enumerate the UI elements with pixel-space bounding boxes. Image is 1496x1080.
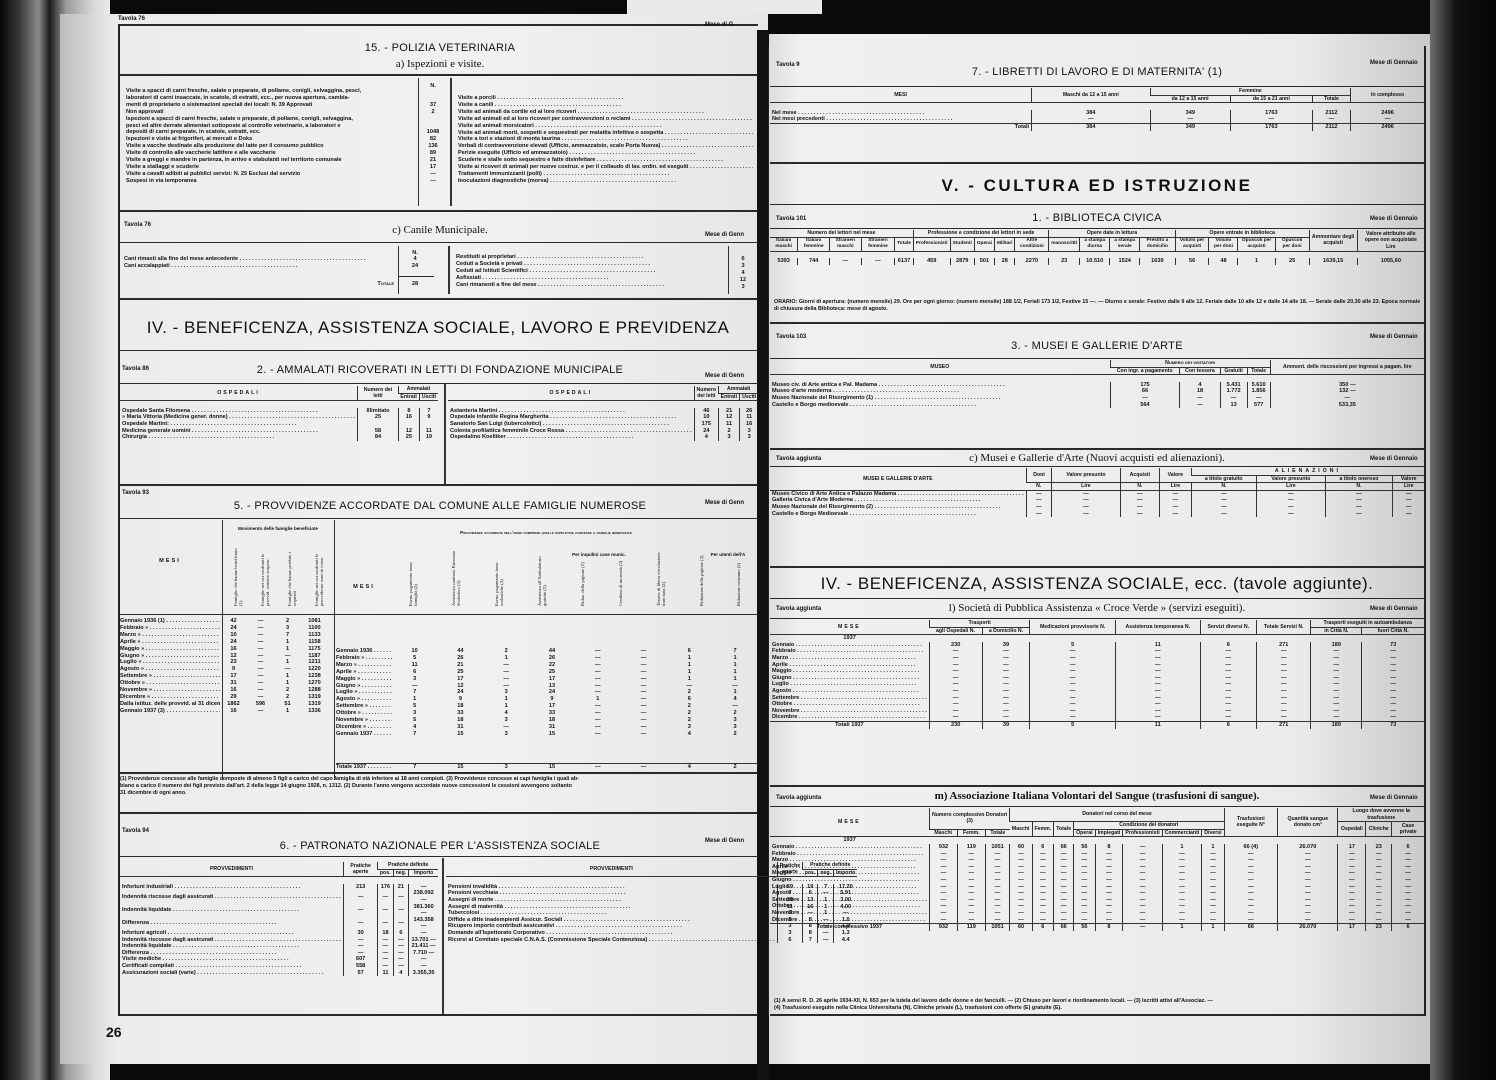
value: 2 <box>274 687 301 694</box>
col-header: Maschi <box>929 829 957 837</box>
value: 25 <box>398 434 419 441</box>
value: 2112 <box>1312 123 1351 130</box>
spacer-cell <box>446 877 777 884</box>
col-header: Italiani femmine <box>798 237 830 251</box>
col-header: Prestito a domicilio <box>1140 237 1176 251</box>
value: 175 <box>694 421 719 428</box>
value: 6 <box>666 696 712 703</box>
value: — <box>1030 708 1116 715</box>
col-header: Studenti <box>950 237 974 251</box>
value: — <box>818 930 834 937</box>
value: — <box>1362 695 1424 702</box>
value: — <box>621 676 667 683</box>
vet-item: Visite a stallaggi e scuderie <box>126 164 416 171</box>
value: — <box>1311 668 1362 675</box>
month: Dicembre » <box>336 724 392 731</box>
value: — <box>929 877 957 884</box>
table-row: Luglio »724324——21 <box>336 689 758 696</box>
table-row: Marzo———————————————— <box>770 857 1424 864</box>
unit: Lire <box>1257 483 1325 491</box>
month: Gennaio <box>770 844 929 851</box>
value: 31 <box>529 724 575 731</box>
value: 56 <box>1074 844 1095 851</box>
value: — <box>1257 511 1325 518</box>
provvidenze-col-header: Riduz. della pigione (2) <box>580 548 585 606</box>
value: — <box>929 708 982 715</box>
value: 1 <box>575 696 621 703</box>
col-header: Totale <box>985 829 1010 837</box>
value: 1051 <box>985 844 1010 851</box>
month: Aprile <box>770 864 929 871</box>
croce-verde-title: l) Società di Pubblica Assistenza « Croc… <box>770 602 1424 614</box>
col-header: Volumi per doni <box>1209 237 1238 251</box>
table-row: Dicembre———————————————— <box>770 917 1424 924</box>
value: — <box>621 655 667 662</box>
value: — <box>621 717 667 724</box>
table-row: Maggio »317—17——11 <box>336 676 758 683</box>
value: 6 <box>1200 642 1257 649</box>
value: — <box>1123 917 1162 924</box>
header-row: OSPEDALINumero dei lettiAmmalati <box>120 386 438 393</box>
value: — <box>1202 897 1224 904</box>
value: — <box>1278 890 1338 897</box>
table-row: Gennaio 1937715315——42 <box>336 731 758 738</box>
col-femmine-sub: Totale <box>1312 95 1351 103</box>
value: — <box>274 653 301 660</box>
table-row: Museo Nazionale del Risorgimento (2)————… <box>770 504 1424 511</box>
table-row: Gennaio932119105160666568—1166 (4)26.070… <box>770 844 1424 851</box>
col-header: Operai <box>1074 829 1095 837</box>
value: — <box>1052 511 1120 518</box>
table-row: 5393744——613745928795012822702310.510152… <box>770 258 1424 265</box>
provvedimento-name: Tubercolosi <box>446 910 777 917</box>
month: Maggio » <box>336 676 392 683</box>
value: — <box>1312 116 1351 123</box>
museum-name: Galleria Civica d'Arte Moderna <box>770 497 1026 504</box>
value: — <box>1362 708 1424 715</box>
value: — <box>1032 870 1054 877</box>
value: 18 <box>529 717 575 724</box>
table-row: Giugno———————————————— <box>770 877 1424 884</box>
value: 12 <box>398 428 419 435</box>
value: — <box>1054 857 1074 864</box>
col-entrati: Entrati <box>398 393 419 401</box>
value: 25 <box>529 669 575 676</box>
col-header: Valore presunto <box>1052 468 1120 483</box>
table-row: Febbraio »526126——11 <box>336 655 758 662</box>
value: 8 <box>803 930 818 937</box>
footnote: (1) Provvidenze concesse alle famiglie c… <box>120 776 756 783</box>
value: — <box>985 910 1010 917</box>
value: — <box>1224 857 1278 864</box>
col-trasporti: Trasporti <box>929 620 1030 627</box>
value: 2496 <box>1351 110 1424 117</box>
col-visitatori: Numero dei visitatori <box>1110 360 1270 367</box>
value: — <box>378 917 393 930</box>
value: — <box>1030 648 1116 655</box>
value: — <box>1257 708 1311 715</box>
value: — <box>575 648 621 655</box>
value: 271 <box>1257 642 1311 649</box>
value: 2 <box>666 710 712 717</box>
value: — <box>1115 675 1200 682</box>
value: 11 <box>378 970 393 977</box>
value: 31 <box>220 680 247 687</box>
table-row: Colonia profilattica femminile Croce Ros… <box>448 428 758 435</box>
value: 1133 <box>301 632 328 639</box>
value: 1 <box>274 646 301 653</box>
table-row: Gennaio23039511627118973 <box>770 642 1424 649</box>
value: — <box>1338 870 1366 877</box>
col-complesso: In complesso <box>1351 88 1424 103</box>
value: — <box>343 937 378 944</box>
mese-label: Mese di G <box>705 22 1492 28</box>
value: — <box>247 673 274 680</box>
value: 10 <box>392 648 438 655</box>
table-row: Ottobre »333433——22 <box>336 710 758 717</box>
value: — <box>378 943 393 950</box>
total-label: Totali <box>770 123 1032 130</box>
col-ammalati: Ammalati <box>719 386 759 393</box>
value: — <box>1054 851 1074 858</box>
value: — <box>1162 890 1202 897</box>
value: — <box>1278 877 1338 884</box>
value: — <box>1325 511 1393 518</box>
table-row: Maggio———————————————— <box>770 870 1424 877</box>
value: 5 <box>392 703 438 710</box>
value: — <box>1052 504 1120 511</box>
value: — <box>1162 910 1202 917</box>
table-row: Settembre »17—11238 <box>120 673 330 680</box>
provvidenze-col-header: Riduzione consumo (2) <box>736 548 741 606</box>
value: — <box>575 689 621 696</box>
value: — <box>1278 864 1338 871</box>
table-row: Ricorsi al Comitato speciale C.N.A.S. (C… <box>446 937 857 944</box>
value <box>398 421 419 428</box>
provvedimento-name: Infortuni agricoli <box>120 930 343 937</box>
value: — <box>929 864 957 871</box>
vet-left-list: Visite a spacci di carni fresche, salate… <box>126 88 416 185</box>
value: — <box>1393 504 1424 511</box>
value: — <box>1257 655 1311 662</box>
value: — <box>982 662 1030 669</box>
unit: Lire <box>1160 483 1192 491</box>
value: — <box>1202 884 1224 891</box>
value: — <box>1120 511 1159 518</box>
value: — <box>1115 681 1200 688</box>
table-row: Settembre———————————————— <box>770 897 1424 904</box>
value: 15 <box>438 764 484 771</box>
value: — <box>1311 681 1362 688</box>
col-quantita: Quantità sangue donato cm³ <box>1278 808 1338 837</box>
value: 1 <box>1162 844 1202 851</box>
value: — <box>1392 851 1424 858</box>
value: — <box>1030 668 1116 675</box>
value: — <box>1115 701 1200 708</box>
col-musei: MUSEI E GALLERIE D'ARTE <box>770 468 1026 490</box>
value: 3 <box>392 710 438 717</box>
value: — <box>1032 116 1150 123</box>
value: 1524 <box>1110 258 1140 265</box>
table-row: Marzo »1121—22——11 <box>336 662 758 669</box>
value: — <box>1095 851 1123 858</box>
value: — <box>1095 857 1123 864</box>
value: — <box>957 851 985 858</box>
col-header: Opuscoli per acquisti <box>1238 237 1275 251</box>
value: 132 — <box>1270 388 1424 395</box>
value: — <box>1032 857 1054 864</box>
value: 44 <box>438 648 484 655</box>
value: — <box>1202 917 1224 924</box>
value: — <box>1010 910 1032 917</box>
table-row: Medicina generale uomini581211 <box>120 428 438 435</box>
value: 11 <box>419 428 438 435</box>
value: 1862 <box>220 701 247 708</box>
canile-value: 4 <box>728 270 758 277</box>
total-row: Totali 193723039511627118973 <box>770 721 1424 728</box>
value: 1639 <box>1140 258 1176 265</box>
col-pos: pos. <box>378 869 393 877</box>
value: 5 <box>392 655 438 662</box>
value: 2270 <box>1015 258 1049 265</box>
value: — <box>343 890 378 903</box>
value: — <box>1123 857 1162 864</box>
value: — <box>247 646 274 653</box>
value: — <box>483 676 529 683</box>
provvedimento-name: Pensioni invalidità <box>446 884 777 891</box>
table-row: Nei mesi precedenti————— <box>770 116 1424 123</box>
value: 1055,60 <box>1357 258 1424 265</box>
value: — <box>483 662 529 669</box>
value: — <box>982 655 1030 662</box>
ammalati-right-table: OSPEDALINumero dei lettiAmmalatiEntratiU… <box>448 386 758 441</box>
value: — <box>985 857 1010 864</box>
value: — <box>1030 701 1116 708</box>
value: — <box>1392 870 1424 877</box>
month: Ottobre » <box>336 710 392 717</box>
value: — <box>1123 924 1162 931</box>
value: — <box>1338 857 1366 864</box>
value: 6 <box>777 937 802 944</box>
month: Gennaio 1936 (1) <box>120 618 220 625</box>
table-row: Aprile »625—25——11 <box>336 669 758 676</box>
provvidenze-col-header: Assistenza sanitaria Patronato Scolastic… <box>451 548 461 606</box>
value: 16 <box>398 414 419 421</box>
vet-value: — <box>418 178 448 185</box>
value: 5 <box>1030 721 1116 728</box>
table-row: Domande all'Ispettorato Corporativo38—1.… <box>446 930 857 937</box>
table-row: Certificati compilati558——— <box>120 963 438 970</box>
value: — <box>1095 870 1123 877</box>
right-edge-shadow <box>1430 0 1496 1080</box>
col-header: Totale <box>1054 822 1074 837</box>
group-header: Numero dei lettori nel mese <box>770 230 913 237</box>
provvidenze-group-label: Provvidenze accordate nell'anno comprese… <box>336 530 756 537</box>
value: — <box>1030 655 1116 662</box>
value: 56 <box>1074 924 1095 931</box>
canile-item: Restituiti ai proprietari <box>456 254 726 261</box>
col-importo: Importo <box>409 869 438 877</box>
value: 1081 <box>301 618 328 625</box>
value: 577 <box>1247 402 1270 409</box>
month: Febbraio » <box>336 655 392 662</box>
header-row: MESETrasportiMedicazioni provvisorie N.A… <box>770 620 1424 627</box>
value: — <box>1123 851 1162 858</box>
value: 1175 <box>301 646 328 653</box>
vet-item: Ispezioni e visite ai frigoriferi, ai me… <box>126 136 416 143</box>
musei-mese: Mese di Gennaio <box>1370 334 1418 340</box>
provvedimento-name: Assegni di morte <box>446 897 777 904</box>
hospital-name: Ospedale Martini: <box>120 421 358 428</box>
col-header: Totale <box>1247 367 1270 375</box>
col-header: a titolo oneroso <box>1325 475 1393 483</box>
value: 6 <box>1392 924 1424 931</box>
value: — <box>1362 655 1424 662</box>
value: 22 <box>529 662 575 669</box>
col-maschi: Maschi da 12 a 15 anni <box>1032 88 1150 103</box>
total-row: Totali384349176321122496 <box>770 123 1424 130</box>
value: 25 <box>358 414 399 421</box>
month: Gennaio <box>770 642 929 649</box>
col-mese: MESE <box>770 808 929 837</box>
vet-item: pesci ed altre derrate alimentari sottop… <box>126 123 416 130</box>
value: — <box>712 683 758 690</box>
value: — <box>1200 688 1257 695</box>
value: 73 <box>1362 642 1424 649</box>
value: — <box>1278 903 1338 910</box>
col-donatori: Donatori nel corso del mese <box>1010 808 1224 822</box>
vet-item: Inoculazioni diagnostiche (morva) <box>458 178 753 185</box>
value: 1 <box>274 659 301 666</box>
canile-item: Ceduti ad Istituti Scientifici <box>456 268 726 275</box>
col-alienazioni: ALIENAZIONI <box>1191 468 1424 475</box>
table-row: Ottobre———————————————— <box>770 903 1424 910</box>
value: — <box>1191 490 1256 497</box>
value: 7.710 — <box>409 950 438 957</box>
value: — <box>1123 864 1162 871</box>
provvedimento-name: Pensioni vecchiaia <box>446 890 777 897</box>
canile-value: 6 <box>728 256 758 263</box>
value: 21 <box>393 884 409 891</box>
value: — <box>1311 675 1362 682</box>
group-row: Numero dei lettori nel meseProfessione e… <box>770 230 1424 237</box>
month: Novembre » <box>120 687 220 694</box>
value: — <box>1366 884 1392 891</box>
table-row: Ottobre »31—11270 <box>120 680 330 687</box>
month: Settembre » <box>120 673 220 680</box>
month: Dicembre <box>770 917 929 924</box>
value: — <box>409 963 438 970</box>
value: 17 <box>1338 844 1366 851</box>
table-row: Febbraio———————— <box>770 648 1424 655</box>
month: Giugno <box>770 877 929 884</box>
value: — <box>1366 864 1392 871</box>
vet-subtitle: a) Ispezioni e visite. <box>120 58 760 70</box>
value: — <box>247 625 274 632</box>
value: 1319 <box>301 694 328 701</box>
section-iv-heading: IV. - BENEFICENZA, ASSISTENZA SOCIALE, L… <box>118 318 758 338</box>
col-femmine-sub: da 12 a 15 anni <box>1150 95 1231 103</box>
provvidenze-right-rows: Gennaio 19361044244——67Febbraio »526126—… <box>336 648 758 738</box>
value: 13.701 — <box>409 937 438 944</box>
value: — <box>929 890 957 897</box>
month: Marzo <box>770 655 929 662</box>
value: — <box>1366 903 1392 910</box>
spacer-cell <box>770 251 798 258</box>
vet-value <box>418 123 448 130</box>
month: Ottobre » <box>120 680 220 687</box>
month: Agosto <box>770 890 929 897</box>
value: — <box>1032 917 1054 924</box>
value: — <box>1074 884 1095 891</box>
table-row: Castello e Borgo Medioevale———————— <box>770 511 1424 518</box>
value: — <box>1115 648 1200 655</box>
museum-name: Museo Civico di Arte Antica e Palazzo Ma… <box>770 490 1026 497</box>
spacer-cell <box>120 877 343 884</box>
table-row: Castello e Borgo medioevale564—13577533,… <box>770 402 1424 409</box>
value: — <box>957 877 985 884</box>
col-header: Valore <box>1160 468 1192 483</box>
value: — <box>1200 662 1257 669</box>
value: 23 <box>1366 924 1392 931</box>
vet-value: 89 <box>418 150 448 157</box>
value: — <box>1202 877 1224 884</box>
value: — <box>929 884 957 891</box>
value: — <box>621 689 667 696</box>
value: — <box>1392 864 1424 871</box>
value: — <box>929 870 957 877</box>
value: 1 <box>1202 844 1224 851</box>
value: — <box>1200 668 1257 675</box>
value: 56 <box>1175 258 1209 265</box>
canile-item: Cani rimasti alla fine del mese antecede… <box>124 256 394 263</box>
value: 1 <box>1162 924 1202 931</box>
spacer <box>770 103 1424 110</box>
value: — <box>1054 877 1074 884</box>
value: — <box>1278 870 1338 877</box>
table-row: Agosto———————————————— <box>770 890 1424 897</box>
table-row: Giugno———————— <box>770 675 1424 682</box>
value: — <box>1030 695 1116 702</box>
value: — <box>1115 655 1200 662</box>
col-header: Operai <box>974 237 994 251</box>
vet-item: laboratori di carni insaccate, in scatol… <box>126 95 416 102</box>
hospital-name: Ospedale Santa Filomena <box>120 408 358 415</box>
value: — <box>1026 490 1052 497</box>
value: 2 <box>666 717 712 724</box>
month: Agosto <box>770 688 929 695</box>
col-aperte: Pratiche aperte <box>343 862 378 877</box>
value: 501 <box>974 258 994 265</box>
libretti-mese: Mese di Gennaio <box>1370 60 1418 66</box>
value: — <box>1257 668 1311 675</box>
value: 1.772 <box>1220 388 1247 395</box>
value: — <box>1123 903 1162 910</box>
month: Maggio <box>770 668 929 675</box>
biblioteca-table: Numero dei lettori nel meseProfessione e… <box>770 230 1424 272</box>
value: — <box>1180 402 1220 409</box>
month: Novembre <box>770 910 929 917</box>
month: Giugno » <box>120 653 220 660</box>
table-row: Ottobre———————— <box>770 701 1424 708</box>
table-row: Settembre »518117——2— <box>336 703 758 710</box>
value: — <box>1257 497 1325 504</box>
value: 23 <box>220 659 247 666</box>
provvidenze-col-header: Tessere di libera circolazione tranviari… <box>656 548 666 606</box>
value: 4 <box>483 710 529 717</box>
table-row: Indennità riscosse dagli assicurati———13… <box>120 937 438 944</box>
value: 119 <box>957 924 985 931</box>
